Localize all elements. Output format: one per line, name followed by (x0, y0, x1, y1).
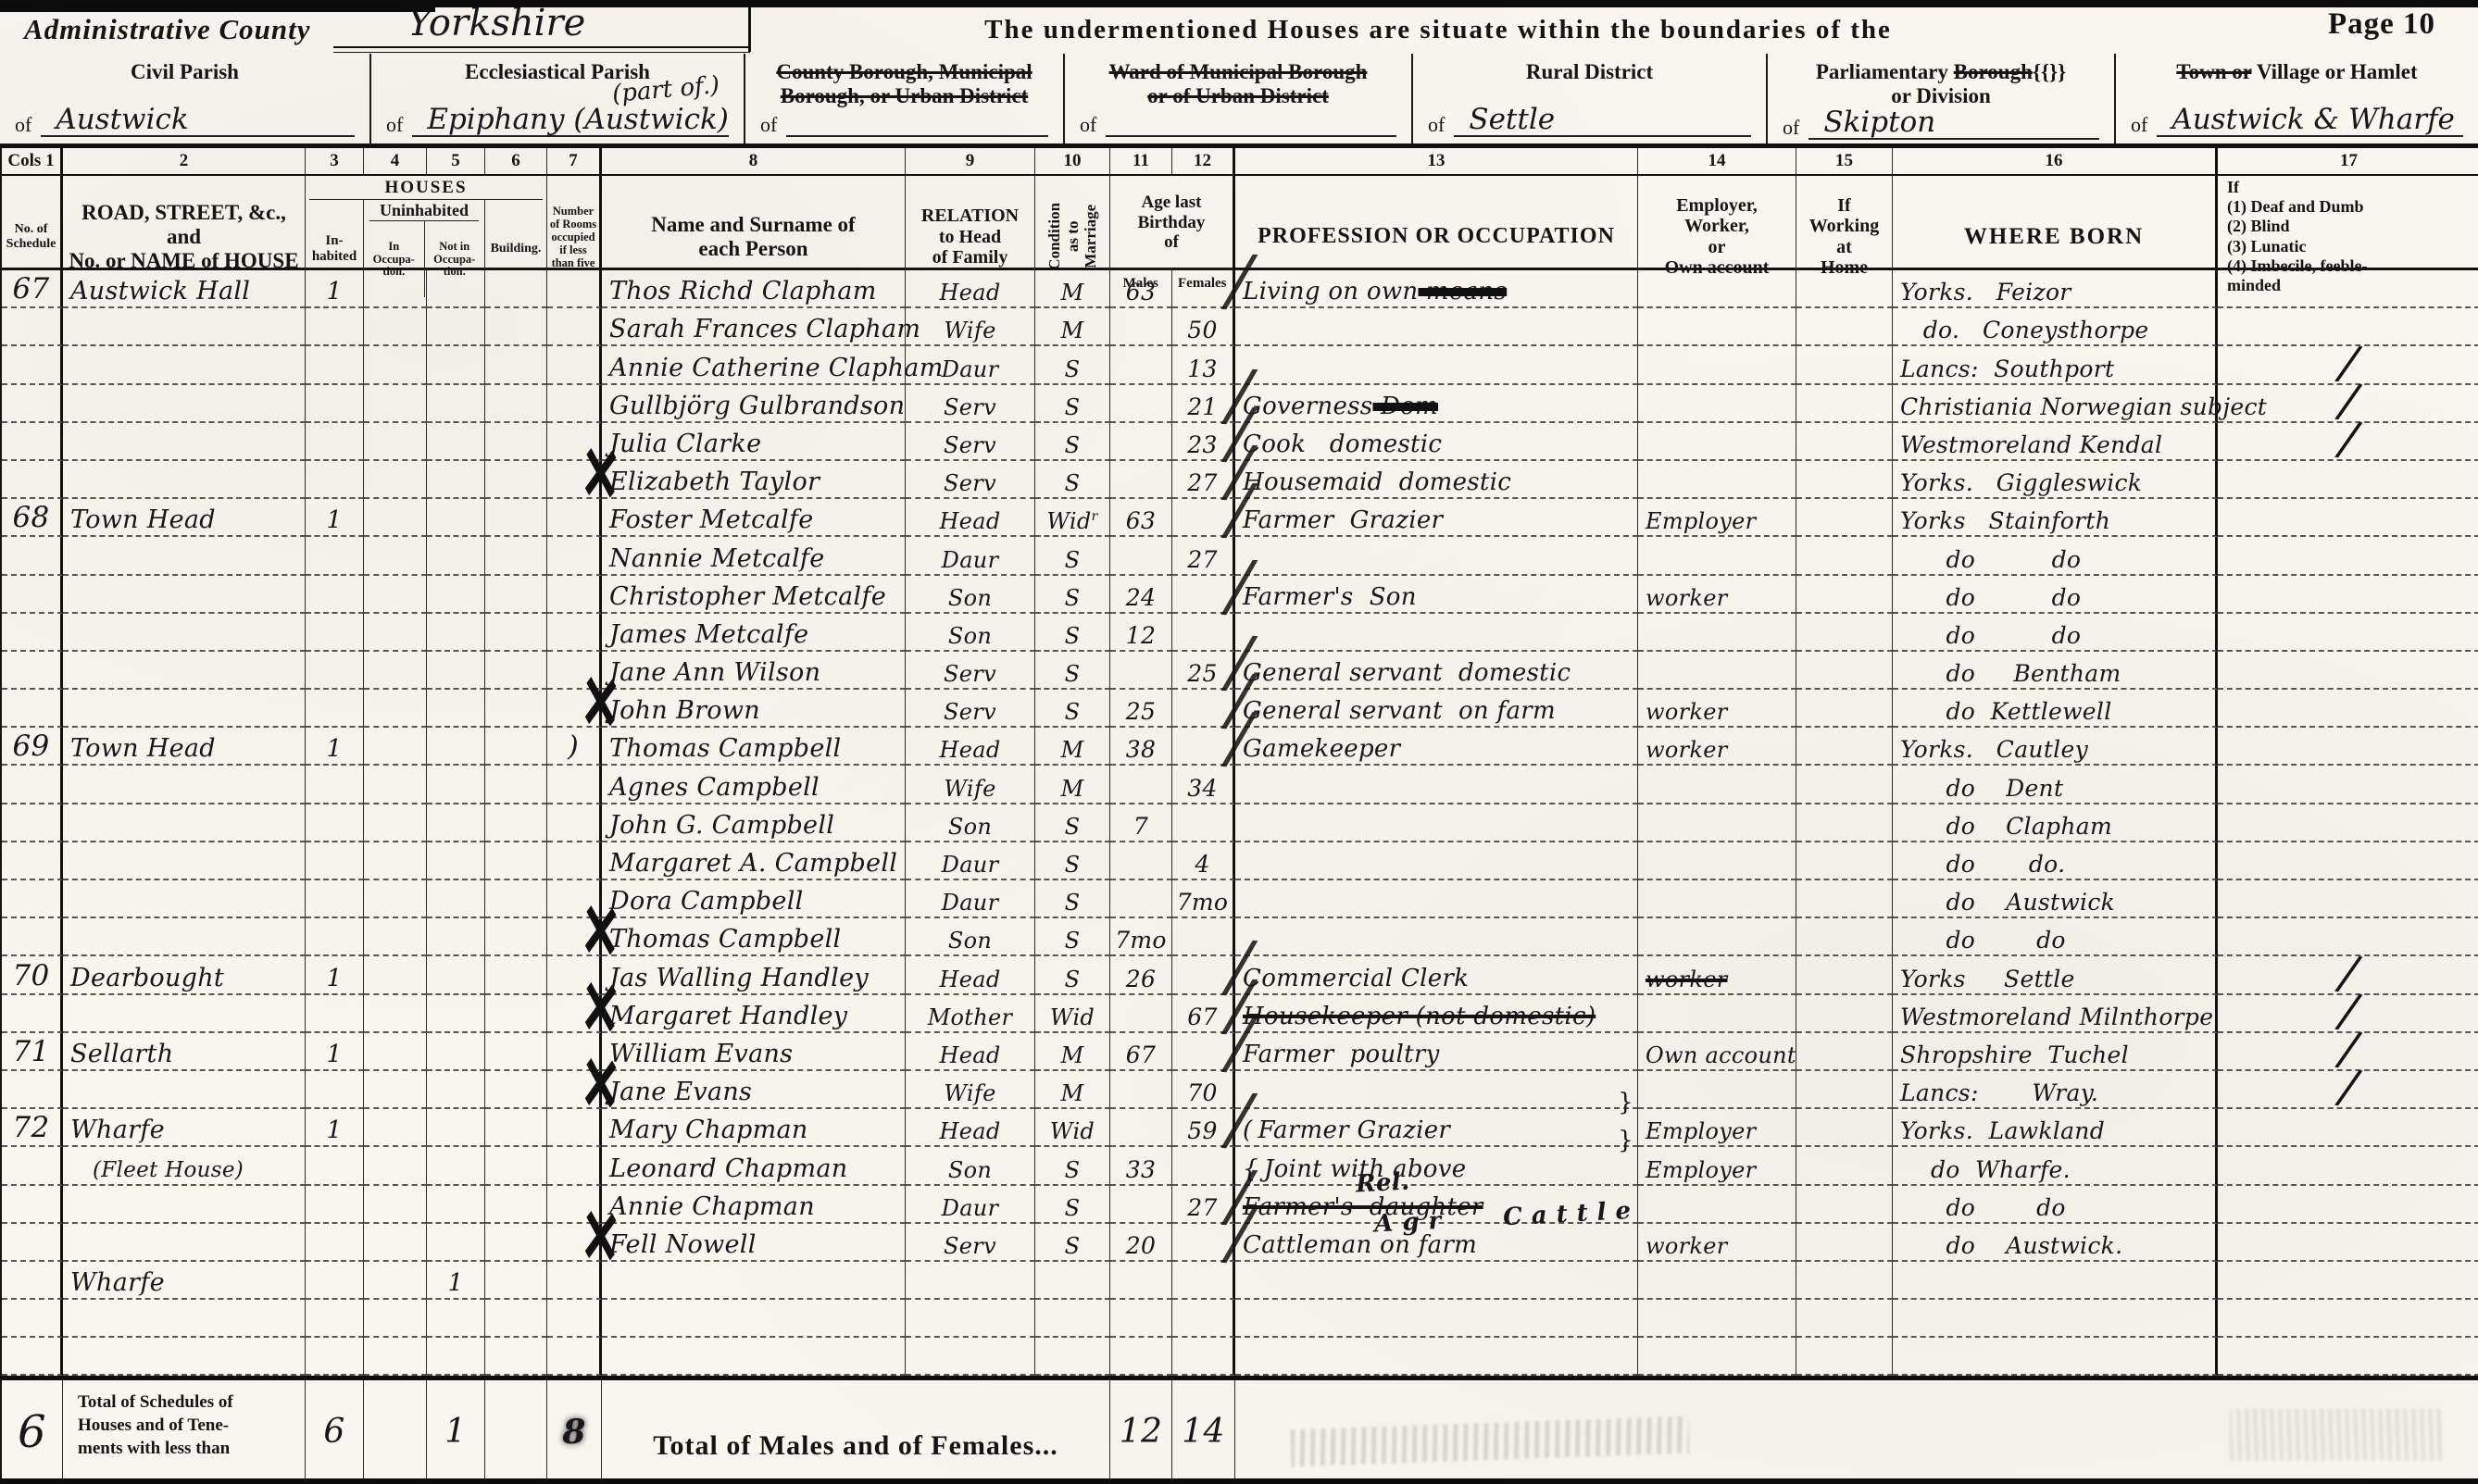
cell-am: 63 (1110, 499, 1172, 537)
cell-cond: S (1035, 1186, 1110, 1224)
cell-am (1110, 842, 1172, 880)
scan-edge-top-left (0, 0, 435, 12)
cell-sch (2, 1071, 63, 1109)
cell-occ: Gamekeeper/ (1235, 728, 1638, 766)
cell-ino (364, 1224, 427, 1262)
cell-home (1796, 956, 1893, 994)
cell-nio (427, 270, 485, 308)
cell-rm: ✕ (547, 1071, 602, 1109)
totals-blank-cell (1235, 1380, 2478, 1483)
cell-am (1110, 995, 1172, 1033)
cell-emp (1638, 842, 1796, 880)
cell-ino (364, 346, 427, 384)
cell-ino (364, 918, 427, 956)
cell-road (63, 918, 306, 956)
of-label: of (1080, 113, 1106, 137)
cell-emp (1638, 918, 1796, 956)
cell-inh (306, 766, 364, 804)
cell-rm: ✕ (547, 918, 602, 956)
cell-occ: Farmer poultry/ (1235, 1033, 1638, 1071)
cell-nio (427, 1186, 485, 1224)
cell-bld (485, 308, 547, 346)
totals-label: Total of Schedules of Houses and of Tene… (63, 1380, 237, 1460)
cell-am (1110, 1300, 1172, 1338)
cell-am: 67 (1110, 1033, 1172, 1071)
cell-cond (1035, 1262, 1110, 1300)
cell-ino (364, 956, 427, 994)
cell-bld (485, 537, 547, 575)
totals-building-cell (485, 1380, 547, 1483)
cell-occ (1235, 537, 1638, 575)
cell-nio (427, 995, 485, 1033)
cell-bld (485, 728, 547, 766)
cell-nio (427, 766, 485, 804)
cell-born: do Austwick. (1893, 1224, 2218, 1262)
cell-ino (364, 1186, 427, 1224)
cell-bld (485, 804, 547, 842)
cell-sch: 67 (2, 270, 63, 308)
cell-born: Westmoreland Milnthorpe (1893, 995, 2218, 1033)
cell-name: Dora Campbell (602, 880, 906, 918)
cell-home (1796, 1186, 1893, 1224)
cell-ino (364, 423, 427, 461)
of-label: of (2131, 113, 2157, 137)
cell-nio (427, 614, 485, 652)
cell-nio (427, 576, 485, 614)
cell-road (63, 614, 306, 652)
cell-born: do. Coneysthorpe (1893, 308, 2218, 346)
cell-name: Agnes Campbell (602, 766, 906, 804)
cell-rm: ✕ (547, 1224, 602, 1262)
col-number-13: 13 (1235, 148, 1638, 174)
totals-not-in-occupation-value: 1 (444, 1415, 466, 1449)
header-houses: HOUSES (309, 176, 543, 200)
cell-am: 25 (1110, 690, 1172, 728)
cell-born: do do (1893, 1186, 2218, 1224)
cell-ino (364, 1109, 427, 1147)
cell-nio (427, 690, 485, 728)
cell-sch (2, 1338, 63, 1376)
cell-emp (1638, 270, 1796, 308)
cell-emp (1638, 766, 1796, 804)
cell-cond (1035, 1300, 1110, 1338)
cell-bld (485, 995, 547, 1033)
district-parliamentary: Parliamentary Borough{{}}or Division ofS… (1766, 54, 2114, 143)
cell-sch (2, 385, 63, 423)
cell-cond: S (1035, 1224, 1110, 1262)
cell-cond: S (1035, 614, 1110, 652)
district-town-village: Town or Village or Hamlet ofAustwick & W… (2114, 54, 2478, 143)
district-value (786, 134, 1048, 137)
cell-emp (1638, 346, 1796, 384)
cell-occ (1235, 1262, 1638, 1300)
cell-ino (364, 1300, 427, 1338)
cell-rm (547, 842, 602, 880)
cell-ino (364, 880, 427, 918)
cell-occ (1235, 918, 1638, 956)
district-title-struck: County Borough, Municipal Borough, or Ur… (745, 54, 1063, 108)
page-number: Page 10 (2328, 7, 2435, 42)
cell-rel: Head (906, 499, 1035, 537)
cell-bld (485, 346, 547, 384)
cell-occ: Cook domestic/ (1235, 423, 1638, 461)
cell-born: Lancs: Southport (1893, 346, 2218, 384)
census-table-body: 67Austwick Hall1Thos Richd ClaphamHeadM6… (0, 270, 2478, 1376)
of-label: of (386, 113, 412, 137)
cell-inf (2218, 270, 2478, 308)
cell-cond: S (1035, 804, 1110, 842)
cell-nio (427, 918, 485, 956)
cell-rel: Serv (906, 461, 1035, 499)
cell-sch (2, 461, 63, 499)
cell-occ (1235, 1071, 1638, 1109)
of-label: of (760, 113, 786, 137)
cell-born: Yorks. Giggleswick (1893, 461, 2218, 499)
cell-bld (485, 1224, 547, 1262)
cell-inh (306, 1186, 364, 1224)
cell-name: Elizabeth Taylor (602, 461, 906, 499)
cell-am (1110, 461, 1172, 499)
cell-inh (306, 308, 364, 346)
cell-inh (306, 1300, 364, 1338)
cell-nio (427, 1109, 485, 1147)
cell-inh (306, 1224, 364, 1262)
cell-nio (427, 423, 485, 461)
cell-ino (364, 614, 427, 652)
cell-emp: worker (1638, 1224, 1796, 1262)
of-label: of (15, 113, 41, 137)
cell-ino (364, 576, 427, 614)
cell-home (1796, 423, 1893, 461)
cell-occ: Governess Dom/ (1235, 385, 1638, 423)
cell-sch (2, 614, 63, 652)
cell-born: Lancs: Wray. (1893, 1071, 2218, 1109)
district-ecclesiastical-parish: Ecclesiastical Parish (part of.) ofEpiph… (369, 54, 744, 143)
cell-cond: S (1035, 918, 1110, 956)
cell-bld (485, 385, 547, 423)
cell-emp (1638, 1338, 1796, 1376)
cell-cond: S (1035, 576, 1110, 614)
cell-nio (427, 1033, 485, 1071)
cell-name (602, 1262, 906, 1300)
cell-am: 7mo (1110, 918, 1172, 956)
cell-road (63, 1300, 306, 1338)
cell-ino (364, 842, 427, 880)
cell-bld (485, 880, 547, 918)
cell-sch (2, 537, 63, 575)
cell-ino (364, 995, 427, 1033)
cell-rel: Serv (906, 690, 1035, 728)
cell-road (63, 690, 306, 728)
cell-emp (1638, 537, 1796, 575)
cell-road (63, 804, 306, 842)
district-title-struck: Ward of Municipal Borough or of Urban Di… (1065, 54, 1411, 108)
cell-bld (485, 1262, 547, 1300)
col-number-8: 8 (602, 148, 906, 174)
cell-ino (364, 1262, 427, 1300)
cell-road (63, 1338, 306, 1376)
cell-ino (364, 728, 427, 766)
district-title-part: or Division (1891, 84, 1991, 107)
cell-sch (2, 1262, 63, 1300)
cell-am: 7 (1110, 804, 1172, 842)
cell-occ (1235, 842, 1638, 880)
cell-born: Yorks. Cautley (1893, 728, 2218, 766)
cell-road: Town Head (63, 499, 306, 537)
cell-rel: Head (906, 956, 1035, 994)
cell-occ: General servant on farm/ (1235, 690, 1638, 728)
cell-bld (485, 690, 547, 728)
cell-sch: 69 (2, 728, 63, 766)
cell-inh (306, 461, 364, 499)
cell-name: Fell Nowell (602, 1224, 906, 1262)
cell-sch (2, 652, 63, 690)
totals-males-value: 12 (1120, 1415, 1162, 1449)
cell-am (1110, 1186, 1172, 1224)
admin-county-label: Administrative County (24, 13, 311, 46)
cell-inf (2218, 690, 2478, 728)
cell-inf (2218, 576, 2478, 614)
cell-cond: M (1035, 270, 1110, 308)
cell-emp (1638, 1186, 1796, 1224)
cell-inf (2218, 1262, 2478, 1300)
cell-emp: worker (1638, 690, 1796, 728)
cell-sch (2, 918, 63, 956)
cell-home (1796, 537, 1893, 575)
district-value: Skipton (1808, 108, 2099, 140)
cell-sch: 68 (2, 499, 63, 537)
cell-cond: S (1035, 537, 1110, 575)
cell-am: 33 (1110, 1147, 1172, 1185)
cell-inf: / (2218, 1071, 2478, 1109)
cell-cond: Wid (1035, 1109, 1110, 1147)
cell-occ: (Farmer Grazier}/ (1235, 1109, 1638, 1147)
cell-inf (2218, 1224, 2478, 1262)
totals-label-cell: Total of Schedules of Houses and of Tene… (63, 1380, 306, 1483)
cell-rm: ✕ (547, 461, 602, 499)
cell-home (1796, 766, 1893, 804)
cell-name: Jane Evans (602, 1071, 906, 1109)
cell-bld (485, 576, 547, 614)
cell-nio: 1 (427, 1262, 485, 1300)
cell-rel: Son (906, 576, 1035, 614)
cell-inf: / (2218, 423, 2478, 461)
cell-born: Yorks Settle (1893, 956, 2218, 994)
cell-bld (485, 1186, 547, 1224)
cell-born: do Austwick (1893, 880, 2218, 918)
cell-inh (306, 614, 364, 652)
cell-road: Dearbought (63, 956, 306, 994)
col-number-16: 16 (1893, 148, 2218, 174)
cell-road (63, 576, 306, 614)
cell-road: Wharfe (63, 1262, 306, 1300)
admin-county-underline (333, 46, 750, 48)
col-number-7: 7 (547, 148, 602, 174)
district-value: Epiphany (Austwick) (412, 106, 729, 137)
cell-rel: Head (906, 728, 1035, 766)
cell-home (1796, 499, 1893, 537)
cell-inh: 1 (306, 728, 364, 766)
totals-inhabited-value: 6 (323, 1415, 344, 1449)
cell-inh (306, 842, 364, 880)
cell-am: 26 (1110, 956, 1172, 994)
cell-born: do do (1893, 614, 2218, 652)
cell-name: Sarah Frances Clapham (602, 308, 906, 346)
cell-am (1110, 880, 1172, 918)
cell-nio (427, 1147, 485, 1185)
cell-bld (485, 1300, 547, 1338)
cell-home (1796, 1300, 1893, 1338)
of-label: of (1783, 116, 1808, 140)
col-number-1: Cols 1 (2, 148, 63, 174)
cell-sch (2, 423, 63, 461)
cell-home (1796, 1071, 1893, 1109)
cell-nio (427, 385, 485, 423)
cell-bld (485, 461, 547, 499)
cell-name: John G. Campbell (602, 804, 906, 842)
cell-bld (485, 652, 547, 690)
cell-rel: Serv (906, 652, 1035, 690)
cell-af: 7mo (1172, 880, 1235, 918)
totals-females-cell: 14 (1172, 1380, 1235, 1483)
cell-cond: S (1035, 1147, 1110, 1185)
cell-nio (427, 537, 485, 575)
cell-cond (1035, 1338, 1110, 1376)
col-number-11: 11 (1110, 148, 1172, 174)
cell-inf (2218, 766, 2478, 804)
cell-cond: Wid (1035, 995, 1110, 1033)
col-number-5: 5 (427, 148, 485, 174)
cell-home (1796, 614, 1893, 652)
totals-in-occupation-cell (364, 1380, 427, 1483)
cell-cond: M (1035, 1033, 1110, 1071)
cell-am: 38 (1110, 728, 1172, 766)
cell-emp (1638, 461, 1796, 499)
cell-emp (1638, 423, 1796, 461)
col-number-9: 9 (906, 148, 1035, 174)
cell-am (1110, 537, 1172, 575)
cell-cond: M (1035, 308, 1110, 346)
cell-born (1893, 1338, 2218, 1376)
cell-inh: 1 (306, 499, 364, 537)
cell-rm (547, 1338, 602, 1376)
cell-bld (485, 766, 547, 804)
cell-rel: Daur (906, 537, 1035, 575)
cell-inf (2218, 1109, 2478, 1147)
cell-sch (2, 804, 63, 842)
cell-home (1796, 1262, 1893, 1300)
cell-emp (1638, 1071, 1796, 1109)
cell-born: do do (1893, 918, 2218, 956)
cell-occ: Cattleman on farmAgr Cattle/ (1235, 1224, 1638, 1262)
cell-sch (2, 880, 63, 918)
cell-home (1796, 576, 1893, 614)
cell-inh (306, 1071, 364, 1109)
district-civil-parish: Civil Parish ofAustwick (0, 54, 369, 143)
district-title: Rural District (1413, 54, 1766, 84)
cell-name: Margaret A. Campbell (602, 842, 906, 880)
cell-road (63, 842, 306, 880)
cell-born: do Wharfe. (1893, 1147, 2218, 1185)
col-number-2: 2 (63, 148, 306, 174)
cell-cond: S (1035, 956, 1110, 994)
cell-inf (2218, 1186, 2478, 1224)
cell-name: Nannie Metcalfe (602, 537, 906, 575)
cell-af (1172, 918, 1235, 956)
cell-rel: Daur (906, 346, 1035, 384)
cell-nio (427, 461, 485, 499)
cell-sch (2, 308, 63, 346)
district-title: Civil Parish (0, 54, 369, 84)
cell-emp (1638, 804, 1796, 842)
cell-rel (906, 1300, 1035, 1338)
cell-name: Thomas Campbell (602, 728, 906, 766)
col-number-3: 3 (306, 148, 364, 174)
cell-inh (306, 804, 364, 842)
cell-road (63, 1186, 306, 1224)
cell-inf (2218, 842, 2478, 880)
cell-inh (306, 995, 364, 1033)
cell-name: Mary Chapman (602, 1109, 906, 1147)
cell-inf (2218, 614, 2478, 652)
cell-home (1796, 1109, 1893, 1147)
cell-name: Annie Chapman (602, 1186, 906, 1224)
cell-emp (1638, 1300, 1796, 1338)
cell-home (1796, 804, 1893, 842)
cell-road: Austwick Hall (63, 270, 306, 308)
cell-am (1110, 385, 1172, 423)
district-title: Town or Village or Hamlet (2116, 54, 2478, 84)
cell-road (63, 346, 306, 384)
cell-rm (547, 614, 602, 652)
cell-nio (427, 1224, 485, 1262)
cell-emp (1638, 614, 1796, 652)
cell-inh (306, 1262, 364, 1300)
cell-rel: Mother (906, 995, 1035, 1033)
cell-inh (306, 1147, 364, 1185)
cell-bld (485, 1338, 547, 1376)
cell-inf (2218, 652, 2478, 690)
pencil-smudge (1290, 1416, 1689, 1467)
cell-road (63, 1071, 306, 1109)
cell-am (1110, 766, 1172, 804)
cell-sch: 72 (2, 1109, 63, 1147)
cell-road (63, 880, 306, 918)
cell-inh: 1 (306, 1109, 364, 1147)
cell-ino (364, 1147, 427, 1185)
cell-inf (2218, 804, 2478, 842)
cell-emp: Employer (1638, 1147, 1796, 1185)
cell-name: Margaret Handley (602, 995, 906, 1033)
cell-occ: Housemaid domestic/ (1235, 461, 1638, 499)
cell-bld (485, 1147, 547, 1185)
cell-rel: Head (906, 270, 1035, 308)
totals-not-in-occupation-cell: 1 (427, 1380, 485, 1483)
cell-ino (364, 766, 427, 804)
cell-name: Jas Walling Handley (602, 956, 906, 994)
cell-bld (485, 918, 547, 956)
cell-cond: Widr (1035, 499, 1110, 537)
cell-inh: 1 (306, 956, 364, 994)
cell-inh (306, 423, 364, 461)
cell-inh (306, 652, 364, 690)
cell-af (1172, 1338, 1235, 1376)
cell-nio (427, 652, 485, 690)
cell-name: Julia Clarke (602, 423, 906, 461)
cell-rel: Serv (906, 385, 1035, 423)
cell-occ: Housekeeper (not domestic)/ (1235, 995, 1638, 1033)
cell-born: Yorks. Feizor (1893, 270, 2218, 308)
